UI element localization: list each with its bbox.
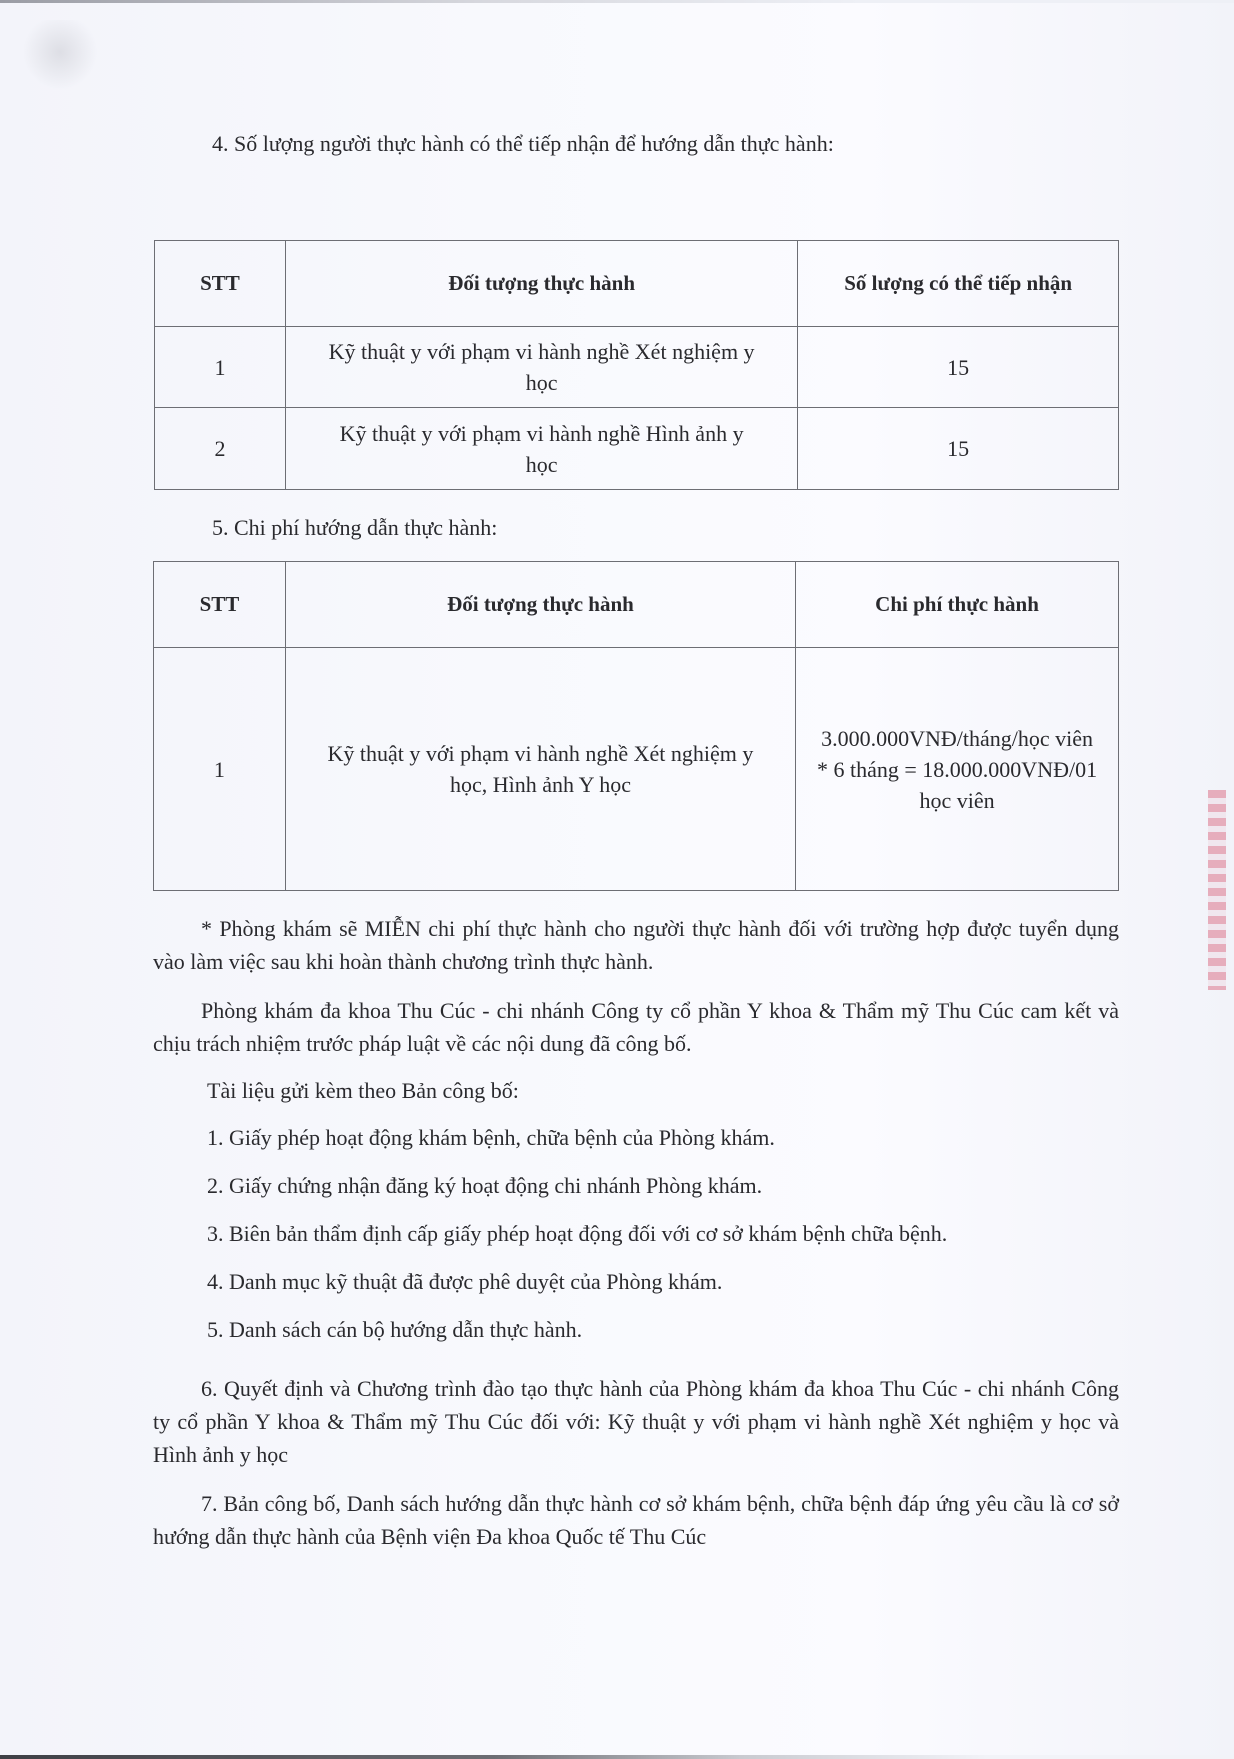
- header-cost: Chi phí thực hành: [796, 562, 1119, 648]
- section-4-heading: 4. Số lượng người thực hành có thể tiếp …: [212, 128, 834, 160]
- red-stamp-mark: [1208, 790, 1226, 990]
- cell-subject: Kỹ thuật y với phạm vi hành nghề Hình ản…: [285, 408, 797, 490]
- capacity-table: STT Đối tượng thực hành Số lượng có thể …: [154, 240, 1119, 490]
- table-row: 2 Kỹ thuật y với phạm vi hành nghề Hình …: [155, 408, 1119, 490]
- table-row: 1 Kỹ thuật y với phạm vi hành nghề Xét n…: [154, 648, 1119, 891]
- cell-stt: 2: [155, 408, 286, 490]
- header-capacity: Số lượng có thể tiếp nhận: [798, 241, 1119, 327]
- attachment-item: 1. Giấy phép hoạt động khám bệnh, chữa b…: [207, 1122, 775, 1154]
- attachment-item: 6. Quyết định và Chương trình đào tạo th…: [153, 1372, 1119, 1471]
- attachment-item: 5. Danh sách cán bộ hướng dẫn thực hành.: [207, 1314, 582, 1346]
- header-stt: STT: [154, 562, 286, 648]
- attachment-item: 4. Danh mục kỹ thuật đã được phê duyệt c…: [207, 1266, 722, 1298]
- cell-subject: Kỹ thuật y với phạm vi hành nghề Xét ngh…: [285, 648, 795, 891]
- scan-top-edge: [0, 0, 1234, 3]
- cell-capacity: 15: [798, 327, 1119, 408]
- attachment-item: 2. Giấy chứng nhận đăng ký hoạt động chi…: [207, 1170, 762, 1202]
- attachment-item: 3. Biên bản thẩm định cấp giấy phép hoạt…: [207, 1218, 947, 1250]
- header-stt: STT: [155, 241, 286, 327]
- attachments-heading: Tài liệu gửi kèm theo Bản công bố:: [207, 1075, 519, 1107]
- cell-subject: Kỹ thuật y với phạm vi hành nghề Xét ngh…: [285, 327, 797, 408]
- cell-capacity: 15: [798, 408, 1119, 490]
- scan-smudge: [20, 20, 100, 100]
- cell-cost: 3.000.000VNĐ/tháng/học viên * 6 tháng = …: [796, 648, 1119, 891]
- table-row: 1 Kỹ thuật y với phạm vi hành nghề Xét n…: [155, 327, 1119, 408]
- commitment-statement: Phòng khám đa khoa Thu Cúc - chi nhánh C…: [153, 994, 1119, 1060]
- exemption-note: * Phòng khám sẽ MIỄN chi phí thực hành c…: [153, 912, 1119, 978]
- header-subject: Đối tượng thực hành: [285, 562, 795, 648]
- section-5-heading: 5. Chi phí hướng dẫn thực hành:: [212, 512, 497, 544]
- header-subject: Đối tượng thực hành: [285, 241, 797, 327]
- document-page: 4. Số lượng người thực hành có thể tiếp …: [0, 0, 1234, 1759]
- cell-stt: 1: [154, 648, 286, 891]
- scan-bottom-edge: [0, 1755, 1234, 1759]
- cost-table: STT Đối tượng thực hành Chi phí thực hàn…: [153, 561, 1119, 891]
- cell-stt: 1: [155, 327, 286, 408]
- attachment-item: 7. Bản công bố, Danh sách hướng dẫn thực…: [153, 1487, 1119, 1553]
